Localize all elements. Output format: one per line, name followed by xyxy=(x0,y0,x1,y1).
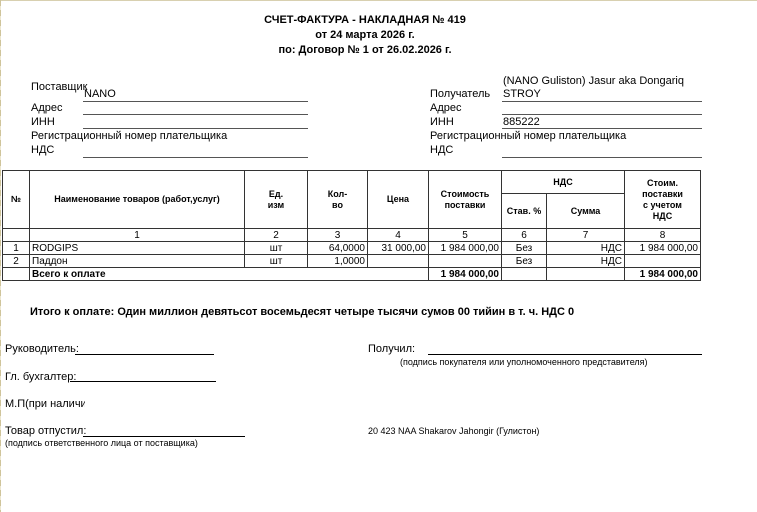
recipient-inn-line xyxy=(502,128,702,129)
row-nds-rate: Без xyxy=(502,242,547,255)
row-total: 1 984 000,00 xyxy=(625,242,701,255)
invoice-items-table: № Наименование товаров (работ,услуг) Ед.… xyxy=(2,170,701,281)
row-qty: 1,0000 xyxy=(308,255,368,268)
header-total-line2: поставки xyxy=(627,189,698,200)
row-total xyxy=(625,255,701,268)
header-unit: Ед. изм xyxy=(245,171,308,229)
header-cost-line1: Стоимость xyxy=(431,189,499,200)
recipient-nds-line xyxy=(502,157,702,158)
received-label: Получил: xyxy=(368,343,415,355)
received-signature-line xyxy=(428,354,702,355)
header-qty: Кол- во xyxy=(308,171,368,229)
released-signature-line xyxy=(83,436,245,437)
header-cost: Стоимость поставки xyxy=(429,171,502,229)
document-header: СЧЕТ-ФАКТУРА - НАКЛАДНАЯ № 419 от 24 мар… xyxy=(230,13,500,58)
supplier-name: NANO xyxy=(84,88,116,100)
header-unit-line1: Ед. xyxy=(247,189,305,200)
header-name: Наименование товаров (работ,услуг) xyxy=(30,171,245,229)
supplier-nds-label: НДС xyxy=(31,144,54,157)
column-number-blank xyxy=(3,229,30,242)
row-no: 2 xyxy=(3,255,30,268)
column-number: 6 xyxy=(502,229,547,242)
total-in-words: Итого к оплате: Один миллион девятьсот в… xyxy=(30,306,574,318)
header-no: № xyxy=(3,171,30,229)
director-signature-line xyxy=(75,354,214,355)
row-qty: 64,0000 xyxy=(308,242,368,255)
header-qty-line2: во xyxy=(310,200,365,211)
supplier-nds-line xyxy=(83,157,308,158)
supplier-address-label: Адрес xyxy=(31,102,63,115)
column-number: 7 xyxy=(547,229,625,242)
column-number: 8 xyxy=(625,229,701,242)
column-number: 1 xyxy=(30,229,245,242)
column-numbers-row: 1 2 3 4 5 6 7 8 xyxy=(3,229,701,242)
table-row: 2 Паддон шт 1,0000 Без НДС xyxy=(3,255,701,268)
supplier-inn-label: ИНН xyxy=(31,116,55,129)
director-label: Руководитель: xyxy=(5,343,79,355)
row-price: 31 000,00 xyxy=(368,242,429,255)
agent-line: 20 423 NAA Shakarov Jahongir (Гулистон) xyxy=(368,426,539,436)
recipient-reg-label: Регистрационный номер плательщика xyxy=(430,130,626,143)
accountant-signature-line xyxy=(70,381,216,382)
accountant-label: Гл. бухгалтер: xyxy=(5,371,76,383)
column-number: 5 xyxy=(429,229,502,242)
total-row-nds-rate xyxy=(502,268,547,281)
row-no: 1 xyxy=(3,242,30,255)
header-total-line3: с учетом xyxy=(627,200,698,211)
recipient-inn-label: ИНН xyxy=(430,116,454,129)
header-qty-line1: Кол- xyxy=(310,189,365,200)
recipient-name-line xyxy=(502,101,702,102)
supplier-name-line xyxy=(83,101,308,102)
supplier-address-line xyxy=(83,114,308,115)
header-total-line4: НДС xyxy=(627,211,698,222)
row-nds-rate: Без xyxy=(502,255,547,268)
page-border-left xyxy=(0,0,1,512)
recipient-inn: 885222 xyxy=(503,116,540,128)
row-unit: шт xyxy=(245,255,308,268)
stamp-label: М.П(при наличи xyxy=(5,398,85,410)
total-row: Всего к оплате 1 984 000,00 1 984 000,00 xyxy=(3,268,701,281)
row-name: RODGIPS xyxy=(30,242,245,255)
document-title: СЧЕТ-ФАКТУРА - НАКЛАДНАЯ № 419 xyxy=(230,13,500,28)
recipient-name-line2: STROY xyxy=(503,88,541,100)
header-total-line1: Стоим. xyxy=(627,178,698,189)
header-cost-line2: поставки xyxy=(431,200,499,211)
recipient-label: Получатель xyxy=(430,88,490,101)
recipient-name-line1: (NANO Guliston) Jasur aka Dongariq xyxy=(503,75,684,87)
total-row-total: 1 984 000,00 xyxy=(625,268,701,281)
recipient-nds-label: НДС xyxy=(430,144,453,157)
header-unit-line2: изм xyxy=(247,200,305,211)
supplier-inn-line xyxy=(83,128,308,129)
row-nds-sum: НДС xyxy=(547,242,625,255)
page-border-top xyxy=(0,0,757,1)
document-date: от 24 марта 2026 г. xyxy=(230,28,500,43)
supplier-reg-label: Регистрационный номер плательщика xyxy=(31,130,227,143)
header-price: Цена xyxy=(368,171,429,229)
header-nds-group: НДС xyxy=(502,171,625,194)
total-row-cost: 1 984 000,00 xyxy=(429,268,502,281)
row-cost: 1 984 000,00 xyxy=(429,242,502,255)
received-hint: (подпись покупателя или уполномоченного … xyxy=(400,357,648,367)
total-row-label: Всего к оплате xyxy=(30,268,429,281)
recipient-address-line xyxy=(502,114,702,115)
header-nds-rate: Став. % xyxy=(502,194,547,229)
table-row: 1 RODGIPS шт 64,0000 31 000,00 1 984 000… xyxy=(3,242,701,255)
released-label: Товар отпустил: xyxy=(5,425,86,437)
column-number: 3 xyxy=(308,229,368,242)
row-cost xyxy=(429,255,502,268)
supplier-label: Поставщик xyxy=(31,81,87,94)
column-number: 4 xyxy=(368,229,429,242)
row-name: Паддон xyxy=(30,255,245,268)
document-contract: по: Договор № 1 от 26.02.2026 г. xyxy=(230,43,500,58)
column-number: 2 xyxy=(245,229,308,242)
row-price xyxy=(368,255,429,268)
row-unit: шт xyxy=(245,242,308,255)
released-hint: (подпись ответственного лица от поставщи… xyxy=(5,438,198,448)
row-nds-sum: НДС xyxy=(547,255,625,268)
header-total: Стоим. поставки с учетом НДС xyxy=(625,171,701,229)
total-row-blank xyxy=(3,268,30,281)
header-nds-sum: Сумма xyxy=(547,194,625,229)
recipient-address-label: Адрес xyxy=(430,102,462,115)
total-row-nds-sum xyxy=(547,268,625,281)
